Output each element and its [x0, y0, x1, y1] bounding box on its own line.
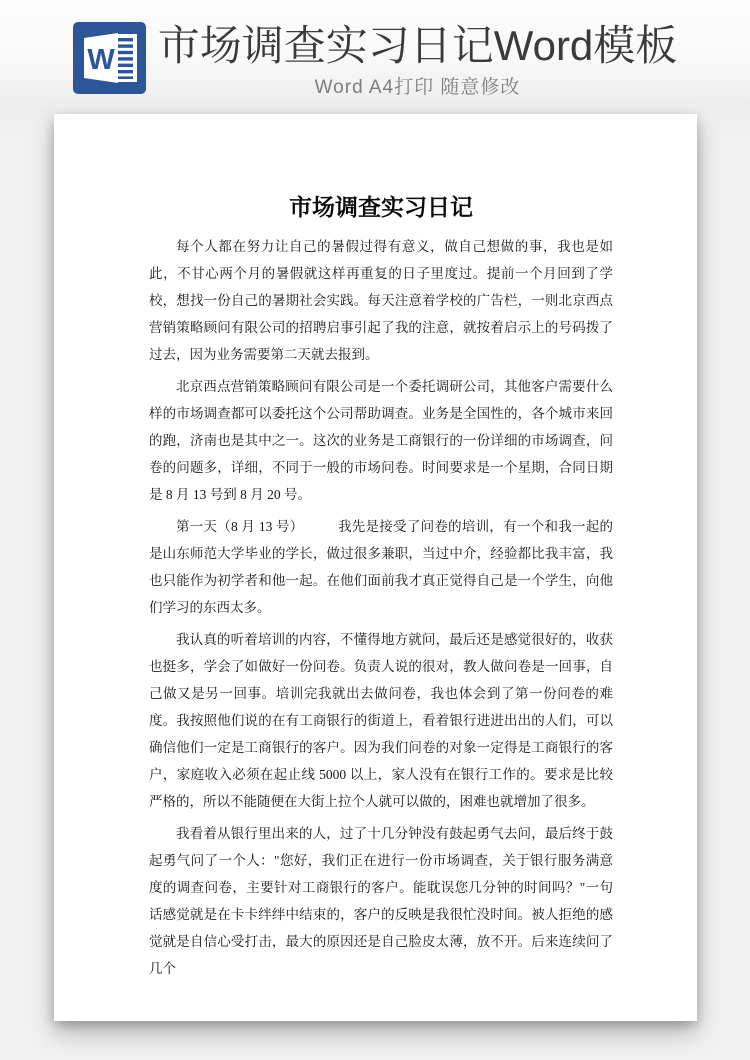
document-title: 市场调查实习日记	[149, 193, 613, 223]
page-subtitle: Word A4打印 随意修改	[315, 77, 521, 99]
document-content: 市场调查实习日记 每个人都在努力让自己的暑假过得有意义，做自己想做的事，我也是如…	[54, 114, 697, 982]
word-logo-icon: W	[73, 22, 146, 94]
document-paragraph: 每个人都在努力让自己的暑假过得有意义，做自己想做的事，我也是如此，不甘心两个月的…	[149, 233, 613, 368]
document-paragraph: 我认真的听着培训的内容，不懂得地方就问，最后还是感觉很好的，收获也挺多，学会了如…	[149, 626, 613, 815]
document-paragraph: 第一天（8 月 13 号） 我先是接受了问卷的培训，有一个和我一起的是山东师范大…	[149, 513, 613, 621]
page-title: 市场调查实习日记Word模板	[158, 22, 678, 70]
header-row: W 市场调查实习日记Word模板 Word A4打印 随意修改	[0, 0, 750, 99]
document-body: 每个人都在努力让自己的暑假过得有意义，做自己想做的事，我也是如此，不甘心两个月的…	[149, 233, 613, 982]
template-header: W 市场调查实习日记Word模板 Word A4打印 随意修改	[0, 0, 750, 112]
document-page-preview: 市场调查实习日记 每个人都在努力让自己的暑假过得有意义，做自己想做的事，我也是如…	[54, 114, 697, 1021]
document-paragraph: 我看着从银行里出来的人，过了十几分钟没有鼓起勇气去问，最后终于鼓起勇气问了一个人…	[149, 820, 613, 982]
svg-text:W: W	[87, 44, 115, 76]
document-paragraph: 北京西点营销策略顾问有限公司是一个委托调研公司，其他客户需要什么样的市场调查都可…	[149, 373, 613, 508]
header-title-block: 市场调查实习日记Word模板 Word A4打印 随意修改	[158, 22, 678, 99]
